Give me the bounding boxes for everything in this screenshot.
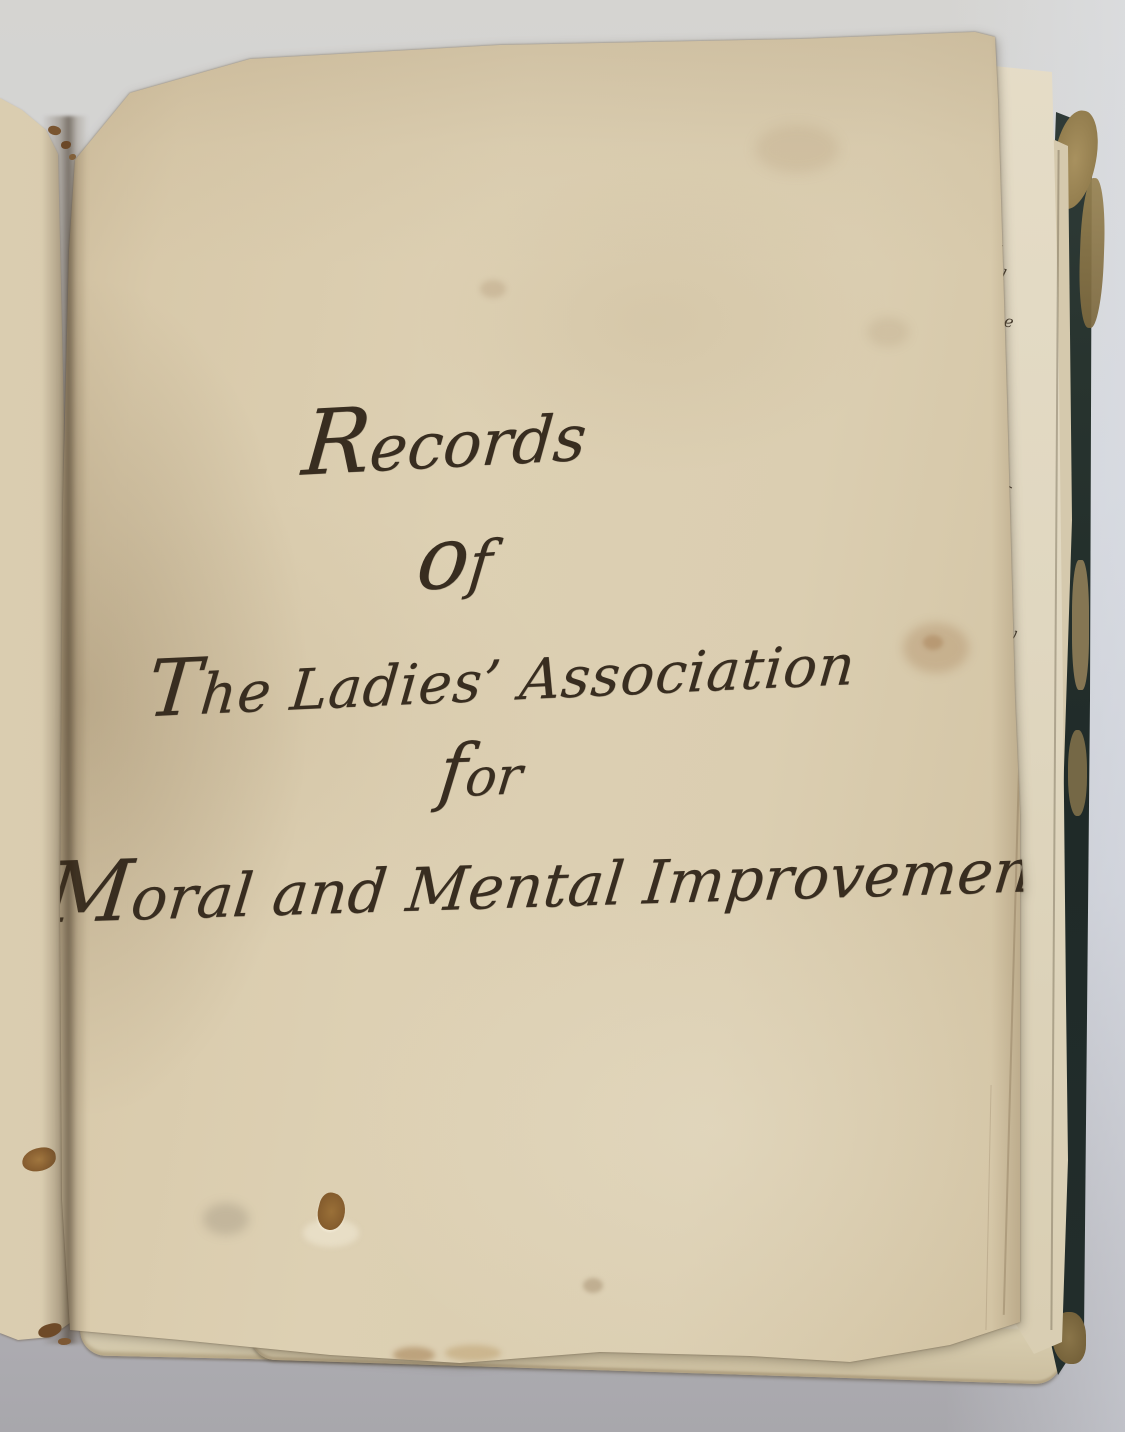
photo-open-manuscript-book: - l e - y t Records of The Ladies’ Assoc… <box>0 0 1125 1432</box>
title-page-wrap: Records of The Ladies’ Association for M… <box>0 0 1125 1432</box>
handwriting-line-moral-mental-improvement: Moral and Mental Improvement. <box>41 819 1082 936</box>
handwriting-line-of: of <box>413 512 497 605</box>
page-stain <box>480 280 506 298</box>
page-stain <box>445 1345 501 1361</box>
page-stain <box>755 125 839 173</box>
page-stain <box>903 623 969 673</box>
page-stain <box>583 1278 603 1293</box>
handwriting-line-ladies-association: The Ladies’ Association <box>144 619 859 730</box>
page-crease <box>985 1085 991 1330</box>
page-stain <box>203 1203 249 1235</box>
page-stain <box>923 635 943 650</box>
book-gutter-shadow <box>42 116 88 1344</box>
page-stain <box>393 1347 435 1363</box>
page-stain <box>867 317 909 347</box>
page-crease <box>1003 725 1021 1315</box>
handwriting-line-records: Records <box>299 385 591 490</box>
title-page: Records of The Ladies’ Association for M… <box>55 25 1020 1370</box>
handwriting-line-for: for <box>435 733 526 810</box>
